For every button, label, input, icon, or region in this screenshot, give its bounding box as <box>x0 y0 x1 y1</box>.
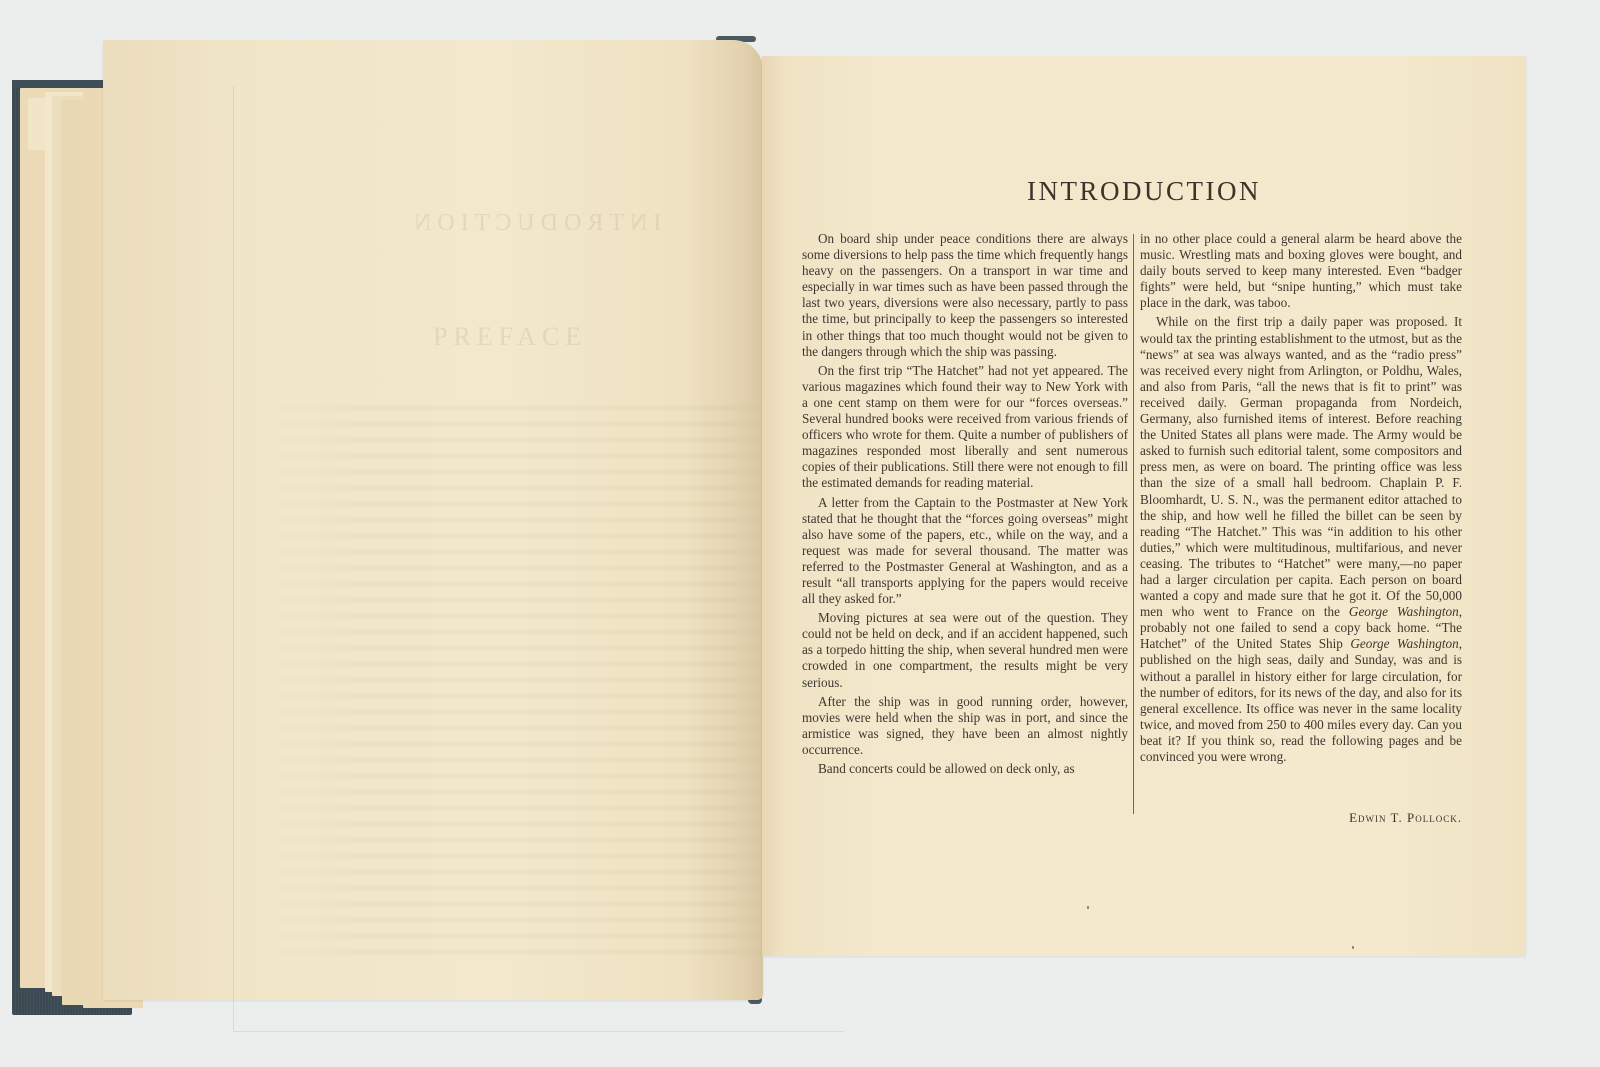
paragraph-text: While on the first trip a daily paper wa… <box>1140 314 1462 619</box>
paragraph: Moving pictures at sea were out of the q… <box>802 610 1128 690</box>
paper-speck <box>1352 946 1354 949</box>
ship-name: George Washington <box>1349 604 1459 619</box>
show-through-preface: PREFACE <box>433 322 587 352</box>
left-page[interactable]: INTRODUCTION PREFACE <box>103 40 763 1000</box>
page-title: INTRODUCTION <box>762 176 1526 207</box>
ship-name: George Washington <box>1350 636 1458 651</box>
column-divider <box>1133 234 1134 814</box>
paragraph: A letter from the Captain to the Postmas… <box>802 495 1128 608</box>
paragraph-text: , published on the high seas, daily and … <box>1140 636 1462 764</box>
paragraph: Band concerts could be allowed on deck o… <box>802 761 1128 777</box>
show-through-text-lines <box>263 405 823 965</box>
signature-text: Edwin T. Pollock. <box>1349 810 1462 825</box>
text-column-left: On board ship under peace conditions the… <box>802 231 1128 777</box>
author-signature: Edwin T. Pollock. <box>1349 810 1462 826</box>
paragraph: On board ship under peace conditions the… <box>802 231 1128 360</box>
paragraph: On the first trip “The Hatchet” had not … <box>802 363 1128 492</box>
book-cover-top-edge <box>12 80 107 88</box>
right-page[interactable]: INTRODUCTION On board ship under peace c… <box>762 56 1526 956</box>
open-book-scene: INTRODUCTION PREFACE INTRODUCTION On boa… <box>0 0 1600 1067</box>
show-through-heading: INTRODUCTION <box>408 210 661 237</box>
paragraph: While on the first trip a daily paper wa… <box>1140 314 1462 765</box>
paper-speck <box>1087 906 1089 909</box>
paragraph: in no other place could a general alarm … <box>1140 231 1462 311</box>
paragraph: After the ship was in good running order… <box>802 694 1128 758</box>
text-column-right: in no other place could a general alarm … <box>1140 231 1462 765</box>
